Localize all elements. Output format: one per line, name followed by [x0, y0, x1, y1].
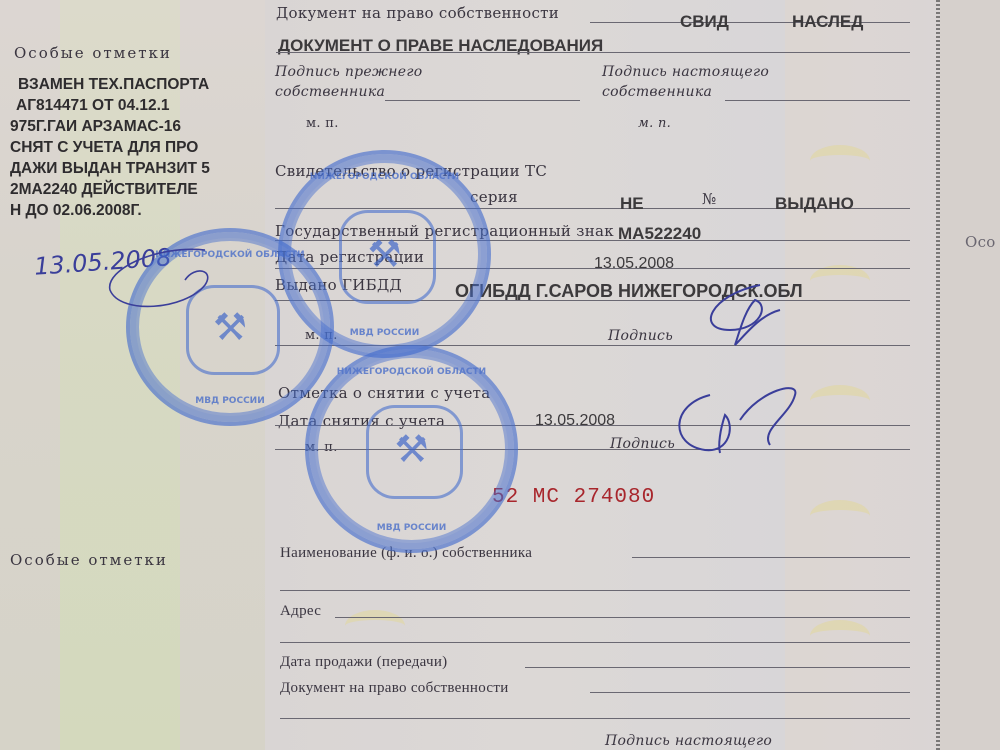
notes-line: СНЯТ С УЧЕТА ДЛЯ ПРО: [10, 137, 260, 158]
series-value: НЕ: [620, 194, 644, 214]
bottom-ownership-doc-label: Документ на право собственности: [280, 680, 509, 697]
number-value: ВЫДАНО: [775, 194, 854, 214]
seal-mark: м. п.: [306, 116, 339, 131]
watermark-chevron: [810, 145, 870, 177]
dereg-date-value: 13.05.2008: [535, 412, 615, 430]
prev-owner-sig-label-2: собственника: [275, 84, 385, 100]
notes-line: 2МА2240 ДЕЙСТВИТЕЛЕ: [10, 179, 260, 200]
notes-line: ДАЖИ ВЫДАН ТРАНЗИТ 5: [10, 158, 260, 179]
watermark-chevron: [810, 500, 870, 532]
stamp-bottom-text: МВД РОССИИ: [282, 328, 487, 338]
stamp-bottom-text: МВД РОССИИ: [309, 523, 514, 533]
serial-number: 52 МС 274080: [492, 486, 655, 509]
signature-line: [725, 100, 910, 101]
stamp-bottom-text: МВД РОССИИ: [130, 396, 330, 406]
notes-line: Н ДО 02.06.2008Г.: [10, 200, 260, 221]
stamp-emblem-icon: ⚒: [282, 154, 487, 354]
field-line: [590, 692, 910, 693]
official-stamp: ⚒ НИЖЕГОРОДСКОЙ ОБЛАСТИ МВД РОССИИ: [278, 150, 491, 358]
curr-owner-sig-label-2: собственника: [602, 84, 712, 100]
plate-value: МА522240: [618, 224, 701, 244]
field-line: [525, 667, 910, 668]
watermark-chevron: [345, 610, 405, 642]
special-notes-header: Особые отметки: [14, 44, 172, 62]
sale-date-label: Дата продажи (передачи): [280, 654, 447, 671]
prev-owner-sig-label: Подпись прежнего: [275, 64, 422, 80]
stamp-top-text: НИЖЕГОРОДСКОЙ ОБЛАСТИ: [309, 367, 514, 377]
field-line: [632, 557, 910, 558]
deregistration-signature: [660, 375, 810, 465]
number-label: №: [702, 190, 717, 208]
right-page: Осо: [940, 0, 1000, 750]
notes-line: АГ814471 ОТ 04.12.1: [10, 95, 260, 116]
watermark-chevron: [810, 620, 870, 652]
left-signature: [95, 240, 235, 320]
signature-line: [385, 100, 580, 101]
field-line: [276, 52, 910, 53]
registration-signature: [690, 275, 810, 355]
official-stamp: ⚒ НИЖЕГОРОДСКОЙ ОБЛАСТИ МВД РОССИИ: [305, 345, 518, 553]
ownership-doc-label: Документ на право собственности: [276, 4, 559, 22]
stamp-emblem-icon: ⚒: [309, 349, 514, 549]
ownership-doc-value-2: НАСЛЕД: [792, 12, 863, 32]
field-line: [280, 718, 910, 719]
seal-mark: м. п.: [638, 116, 671, 131]
field-line: [335, 617, 910, 618]
field-line: [280, 590, 910, 591]
special-notes-header-bottom: Особые отметки: [10, 551, 168, 569]
stamp-top-text: НИЖЕГОРОДСКОЙ ОБЛАСТИ: [282, 172, 487, 182]
curr-owner-sig-label: Подпись настоящего: [602, 64, 769, 80]
watermark-chevron: [810, 265, 870, 297]
notes-line: 975Г.ГАИ АРЗАМАС-16: [10, 116, 260, 137]
reg-date-value: 13.05.2008: [594, 255, 674, 273]
special-notes-text: ВЗАМЕН ТЕХ.ПАСПОРТА АГ814471 ОТ 04.12.1 …: [10, 74, 260, 221]
address-label: Адрес: [280, 603, 321, 620]
ownership-doc-value-1: СВИД: [680, 12, 729, 32]
reg-signature-label: Подпись: [608, 328, 673, 344]
notes-line: ВЗАМЕН ТЕХ.ПАСПОРТА: [10, 74, 260, 95]
watermark-chevron: [810, 385, 870, 417]
field-line: [280, 642, 910, 643]
ownership-doc-value-line2: ДОКУМЕНТ О ПРАВЕ НАСЛЕДОВАНИЯ: [278, 36, 603, 56]
bottom-curr-owner-sig-label: Подпись настоящего: [605, 733, 772, 749]
right-page-header: Осо: [965, 233, 996, 251]
